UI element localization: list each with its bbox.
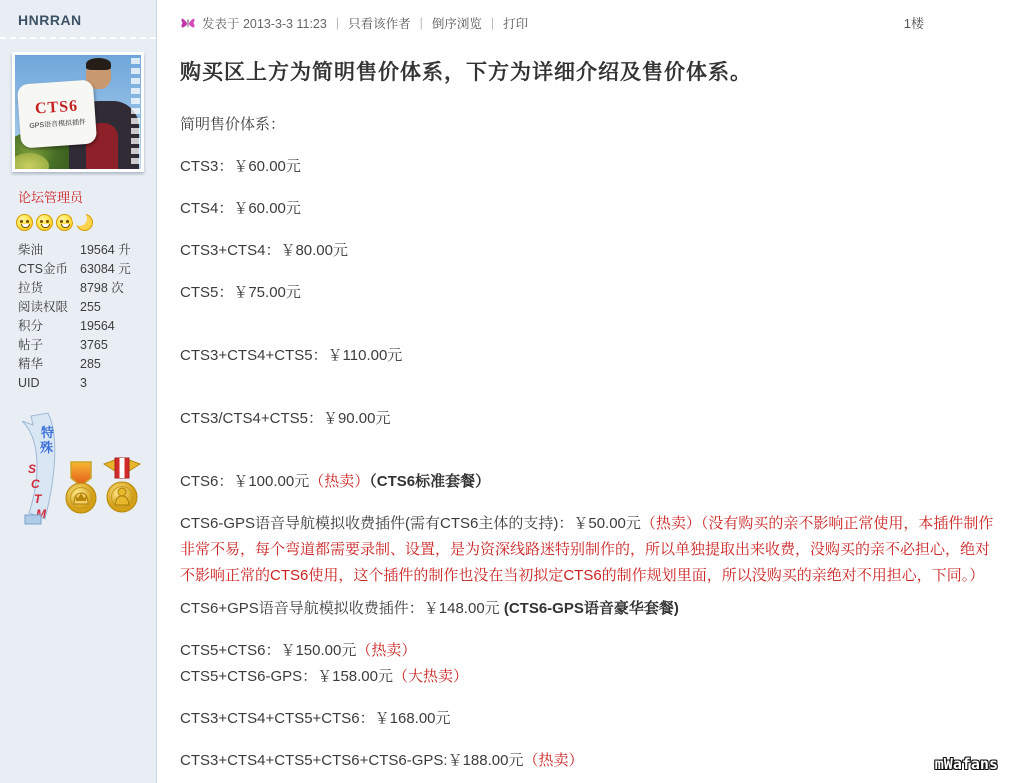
stat-label: 拉货 [18, 279, 80, 298]
meta-link-print[interactable]: 打印 [503, 14, 528, 32]
emoticon-row [16, 214, 156, 231]
paragraph: 简明售价体系： [180, 112, 996, 138]
text-segment: CTS5+CTS6-GPS：￥158.00元 [180, 668, 393, 685]
paragraph: CTS3+CTS4+CTS5+CTS6：￥168.00元 [180, 706, 996, 732]
stat-value: 19564 升 [80, 243, 131, 257]
post-body: 简明售价体系：CTS3：￥60.00元CTS4：￥60.00元CTS3+CTS4… [180, 112, 996, 774]
stat-row: 阅读权限255 [18, 298, 156, 317]
text-segment: (CTS6-GPS语音豪华套餐) [504, 600, 679, 617]
text-segment: CTS5：￥75.00元 [180, 284, 301, 301]
text-segment: CTS3+CTS4：￥80.00元 [180, 242, 348, 259]
paragraph: CTS3+CTS4：￥80.00元 [180, 238, 996, 264]
post-panel: 发表于 2013-3-3 11:23 |只看该作者|倒序浏览|打印 1楼 购买区… [158, 0, 1018, 783]
stat-value: 3765 [80, 338, 108, 352]
smiley-face-icon [16, 214, 33, 231]
post-title: 购买区上方为简明售价体系，下方为详细介绍及售价体系。 [180, 56, 996, 86]
stat-row: UID3 [18, 374, 156, 393]
stat-row: CTS金币63084 元 [18, 260, 156, 279]
stat-value: 285 [80, 357, 101, 371]
text-segment: （热卖） [523, 752, 583, 769]
stat-row: 柴油19564 升 [18, 241, 156, 260]
paragraph: CTS3+CTS4+CTS5+CTS6+CTS6-GPS:￥188.00元（热卖… [180, 748, 996, 774]
wing-medal [102, 457, 142, 515]
text-segment: CTS3+CTS4+CTS5+CTS6：￥168.00元 [180, 710, 451, 727]
paragraph: CTS3/CTS4+CTS5：￥90.00元 [180, 406, 996, 432]
special-ribbon-badge: 特 殊 S C T M [16, 411, 62, 527]
post-meta-links: |只看该作者|倒序浏览|打印 [327, 14, 528, 32]
sidebar-divider [0, 37, 156, 39]
text-segment: CTS6-GPS语音导航模拟收费插件(需有CTS6主体的支持)：￥50.00元 [180, 515, 641, 532]
text-segment: （CTS6标准套餐） [369, 473, 490, 490]
smiley-face-icon [56, 214, 73, 231]
svg-text:C: C [31, 477, 40, 491]
avatar-sign-subtitle: GPS语音模拟插件 [29, 117, 86, 131]
text-segment: CTS5+CTS6：￥150.00元 [180, 642, 356, 659]
smiley-face-icon [36, 214, 53, 231]
paragraph: CTS6：￥100.00元（热卖）（CTS6标准套餐） [180, 469, 996, 495]
username[interactable]: HNRRAN [0, 0, 156, 28]
text-segment: CTS3：￥60.00元 [180, 158, 301, 175]
stat-label: 积分 [18, 317, 80, 336]
stat-value: 8798 次 [80, 281, 124, 295]
stat-row: 拉货8798 次 [18, 279, 156, 298]
meta-link-only-this-author[interactable]: 只看该作者 [348, 14, 411, 32]
post-meta-row: 发表于 2013-3-3 11:23 |只看该作者|倒序浏览|打印 1楼 [180, 0, 996, 32]
user-sidebar: HNRRAN CTS6 GPS语音模拟插件 论坛管理员 柴油19564 升CTS… [0, 0, 157, 783]
stat-label: CTS金币 [18, 260, 80, 279]
paragraph: CTS5：￥75.00元 [180, 280, 996, 306]
post-timestamp: 发表于 2013-3-3 11:23 [202, 14, 327, 32]
avatar-photo: CTS6 GPS语音模拟插件 [15, 55, 141, 169]
crown-medal [64, 461, 98, 515]
stat-label: 帖子 [18, 336, 80, 355]
stats-list: 柴油19564 升CTS金币63084 元拉货8798 次阅读权限255积分19… [18, 241, 156, 393]
text-segment: 简明售价体系： [180, 116, 285, 133]
svg-text:S: S [28, 462, 36, 476]
avatar[interactable]: CTS6 GPS语音模拟插件 [12, 52, 144, 172]
text-segment: CTS4：￥60.00元 [180, 200, 301, 217]
stat-row: 精华285 [18, 355, 156, 374]
watermark: mWafans [935, 755, 998, 773]
stat-label: UID [18, 374, 80, 393]
user-group-label: 论坛管理员 [18, 187, 156, 206]
avatar-sign: CTS6 GPS语音模拟插件 [17, 79, 97, 148]
stat-label: 精华 [18, 355, 80, 374]
text-segment: （热卖） [309, 473, 369, 490]
stat-value: 19564 [80, 319, 115, 333]
stat-value: 3 [80, 376, 87, 390]
text-segment: （大热卖） [393, 668, 468, 685]
paragraph: CTS6+GPS语音导航模拟收费插件：￥148.00元 (CTS6-GPS语音豪… [180, 596, 996, 622]
stat-value: 63084 元 [80, 262, 131, 276]
text-segment: （热卖） [356, 642, 416, 659]
stat-row: 帖子3765 [18, 336, 156, 355]
text-segment: CTS3/CTS4+CTS5：￥90.00元 [180, 410, 391, 427]
text-segment: CTS3+CTS4+CTS5：￥110.00元 [180, 347, 402, 364]
paragraph: CTS4：￥60.00元 [180, 196, 996, 222]
ribbon-char-2: 殊 [40, 440, 54, 455]
text-segment: CTS3+CTS4+CTS5+CTS6+CTS6-GPS:￥188.00元 [180, 752, 523, 769]
paragraph: CTS3：￥60.00元 [180, 154, 996, 180]
stat-label: 柴油 [18, 241, 80, 260]
floor-badge: 1楼 [904, 13, 924, 32]
ribbon-char-1: 特 [41, 425, 54, 440]
text-segment: CTS6+GPS语音导航模拟收费插件：￥148.00元 [180, 600, 504, 617]
meta-link-reverse-order[interactable]: 倒序浏览 [432, 14, 482, 32]
stat-label: 阅读权限 [18, 298, 80, 317]
separator: | [336, 16, 339, 30]
stat-value: 255 [80, 300, 101, 314]
paragraph: CTS3+CTS4+CTS5：￥110.00元 [180, 343, 996, 369]
separator: | [491, 16, 494, 30]
butterfly-icon [180, 16, 196, 30]
paragraph: CTS6-GPS语音导航模拟收费插件(需有CTS6主体的支持)：￥50.00元（… [180, 511, 996, 589]
crescent-moon-icon [76, 214, 93, 231]
separator: | [420, 16, 423, 30]
avatar-sign-title: CTS6 [34, 98, 78, 119]
text-segment: CTS6：￥100.00元 [180, 473, 309, 490]
paragraph: CTS5+CTS6：￥150.00元（热卖）CTS5+CTS6-GPS：￥158… [180, 638, 996, 690]
stat-row: 积分19564 [18, 317, 156, 336]
avatar-vertical-caption [131, 58, 140, 164]
badges-area: 特 殊 S C T M [0, 411, 156, 541]
